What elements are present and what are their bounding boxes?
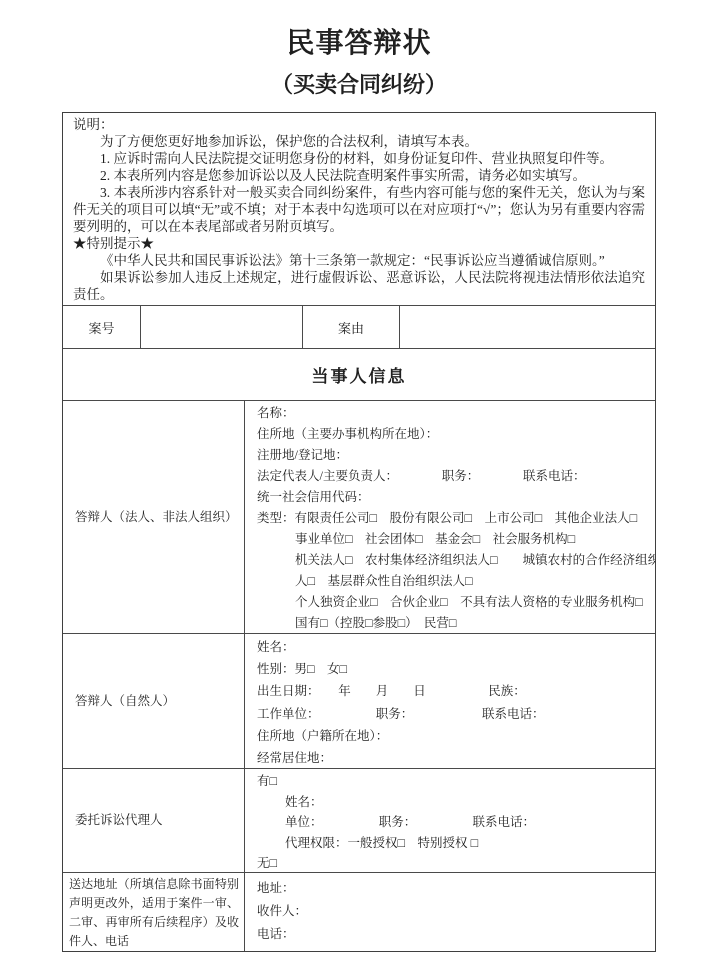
field-delivery-phone: 电话： [257,923,655,946]
row-respondent-legal-entity: 答辩人（法人、非法人组织） 名称： 住所地（主要办事机构所在地）： 注册地/登记… [63,400,655,633]
field-agent-yes: 有□ [257,771,655,792]
page-title: 民事答辩状 [0,0,718,58]
row-litigation-agent: 委托诉讼代理人 有□ 姓名： 单位： 职务： 联系电话： 代理权限：一般授权□ … [63,768,655,872]
field-agent-authority: 代理权限：一般授权□ 特别授权 □ [257,833,655,854]
row-label-legal-entity: 答辩人（法人、非法人组织） [63,401,245,633]
page-subtitle: （买卖合同纠纷） [0,74,718,96]
field-credit-code: 统一社会信用代码： [257,487,655,508]
field-employer-phone: 工作单位： 职务： 联系电话： [257,703,655,725]
special-notice-label: ★特别提示★ [73,235,645,252]
note-paragraph-2: 2. 本表所列内容是您参加诉讼以及人民法院查明案件事实所需，请务必如实填写。 [73,167,645,184]
field-legal-representative: 法定代表人/主要负责人： 职务： 联系电话： [257,466,655,487]
row-respondent-natural-person: 答辩人（自然人） 姓名： 性别：男□ 女□ 出生日期： 年 月 日 民族： 工作… [63,633,655,768]
field-habitual-residence: 经常居住地： [257,747,655,768]
row-label-agent: 委托诉讼代理人 [63,769,245,872]
field-entity-type-1: 类型：有限责任公司□ 股份有限公司□ 上市公司□ 其他企业法人□ [257,508,655,529]
legal-entity-fields: 名称： 住所地（主要办事机构所在地）： 注册地/登记地： 法定代表人/主要负责人… [245,401,655,633]
special-paragraph-2: 如果诉讼参加人违反上述规定，进行虚假诉讼、恶意诉讼，人民法院将视违法情形依法追究… [73,269,645,303]
notes-section: 说明： 为了方便您更好地参加诉讼，保护您的合法权利，请填写本表。 1. 应诉时需… [63,113,655,305]
cause-value-cell [400,306,655,348]
field-registration-place: 注册地/登记地： [257,445,655,466]
case-number-value-cell [141,306,303,348]
note-paragraph-intro: 为了方便您更好地参加诉讼，保护您的合法权利，请填写本表。 [73,133,645,150]
field-entity-type-5: 个人独资企业□ 合伙企业□ 不具有法人资格的专业服务机构□ [257,592,655,613]
field-gender: 性别：男□ 女□ [257,658,655,680]
party-info-header: 当事人信息 [63,348,655,400]
case-number-label: 案号 [63,306,141,348]
agent-fields: 有□ 姓名： 单位： 职务： 联系电话： 代理权限：一般授权□ 特别授权 □ 无… [245,769,655,872]
notes-label: 说明： [73,116,645,133]
field-agent-no: 无□ [257,853,655,872]
field-delivery-recipient: 收件人： [257,900,655,923]
field-entity-type-3: 机关法人□ 农村集体经济组织法人□ 城镇农村的合作经济组织法 [257,550,655,571]
note-paragraph-3: 3. 本表所涉内容系针对一般买卖合同纠纷案件，有些内容可能与您的案件无关，您认为… [73,184,645,235]
cause-label: 案由 [303,306,400,348]
document-page: 民事答辩状 （买卖合同纠纷） 说明： 为了方便您更好地参加诉讼，保护您的合法权利… [0,0,718,980]
field-domicile: 住所地（主要办事机构所在地）： [257,424,655,445]
form-table: 说明： 为了方便您更好地参加诉讼，保护您的合法权利，请填写本表。 1. 应诉时需… [62,112,656,952]
field-name: 名称： [257,403,655,424]
field-entity-type-2: 事业单位□ 社会团体□ 基金会□ 社会服务机构□ [257,529,655,550]
field-birthdate-ethnicity: 出生日期： 年 月 日 民族： [257,680,655,702]
natural-person-fields: 姓名： 性别：男□ 女□ 出生日期： 年 月 日 民族： 工作单位： 职务： 联… [245,634,655,768]
row-label-delivery-address: 送达地址（所填信息除书面特别声明更改外，适用于案件一审、二审、再审所有后续程序）… [63,873,245,951]
case-row: 案号 案由 [63,305,655,348]
field-agent-employer: 单位： 职务： 联系电话： [257,812,655,833]
field-household-domicile: 住所地（户籍所在地）： [257,725,655,747]
field-person-name: 姓名： [257,636,655,658]
note-paragraph-1: 1. 应诉时需向人民法院提交证明您身份的材料，如身份证复印件、营业执照复印件等。 [73,150,645,167]
row-label-natural-person: 答辩人（自然人） [63,634,245,768]
field-agent-name: 姓名： [257,792,655,813]
delivery-address-fields: 地址： 收件人： 电话： [245,873,655,951]
field-entity-type-4: 人□ 基层群众性自治组织法人□ [257,571,655,592]
special-paragraph-1: 《中华人民共和国民事诉讼法》第十三条第一款规定：“民事诉讼应当遵循诚信原则。” [73,252,645,269]
row-delivery-address: 送达地址（所填信息除书面特别声明更改外，适用于案件一审、二审、再审所有后续程序）… [63,872,655,951]
field-entity-type-6: 国有□（控股□参股□） 民营□ [257,613,655,633]
field-delivery-address: 地址： [257,877,655,900]
